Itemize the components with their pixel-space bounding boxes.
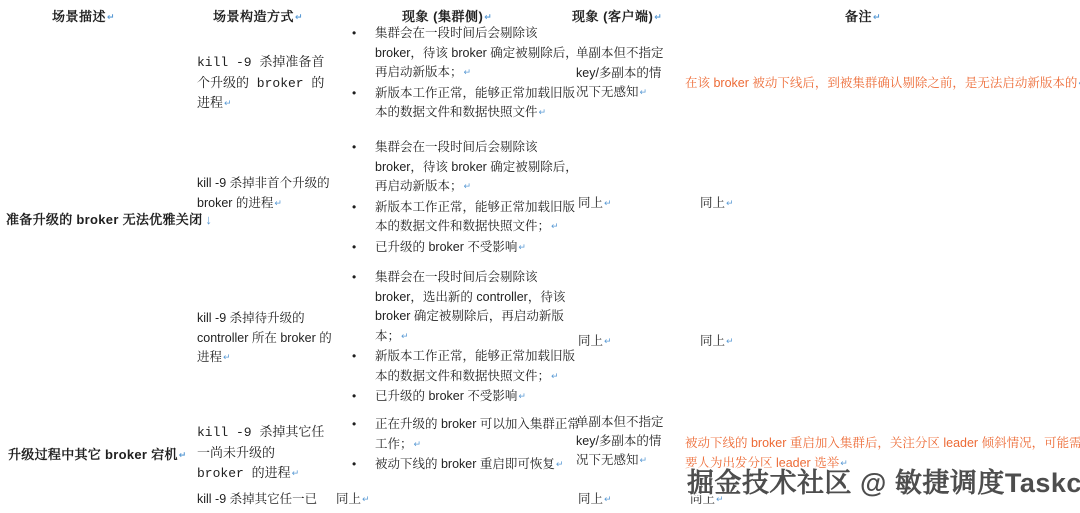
bullet-item: • 集群会在一段时间后会剔除该 broker，待该 broker 确定被剔除后，…: [345, 138, 580, 198]
cluster-phenomenon-cell: • 集群会在一段时间后会剔除该 broker，选出新的 controller，待…: [345, 268, 580, 408]
method-cell: kill -9 杀掉其它任一尚未升级的 broker 的进程↵: [197, 423, 327, 485]
bullet-dot-icon: •: [345, 415, 375, 435]
paragraph-mark-icon: ↵: [274, 199, 282, 209]
paragraph-mark-icon: ↵: [726, 199, 734, 209]
upgrade-scenario-table-document: 场景描述↵ 场景构造方式↵ 现象 (集群侧)↵ 现象 (客户端)↵ 备注↵ 准备…: [0, 0, 1080, 513]
bullet-dot-icon: •: [345, 347, 375, 367]
cluster-phenomenon-cell: • 集群会在一段时间后会剔除该 broker，待该 broker 确定被剔除后，…: [345, 24, 580, 124]
bullet-item: • 已升级的 broker 不受影响↵: [345, 238, 580, 259]
bullet-item: • 新版本工作正常，能够正常加载旧版本的数据文件和数据快照文件↵: [345, 84, 580, 124]
bullet-dot-icon: •: [345, 238, 375, 258]
paragraph-mark-icon: ↵: [464, 182, 472, 192]
scenario-group-label-graceful-shutdown: 准备升级的 broker 无法优雅关闭↓: [6, 209, 212, 228]
method-cell: kill -9 杀掉准备首个升级的 broker 的进程↵: [197, 53, 325, 115]
client-phenomenon-cell: 单副本但不指定 key/多副本的情况下无感知↵: [576, 413, 666, 471]
remark-cell-same-as-above: 同上↵: [700, 331, 734, 349]
col-header-construction: 场景构造方式↵: [213, 6, 303, 25]
remark-cell-same-as-above: 同上↵: [700, 193, 734, 211]
paragraph-mark-icon: ↵: [362, 495, 370, 505]
bullet-dot-icon: •: [345, 84, 375, 104]
paragraph-mark-icon: ↵: [873, 13, 881, 23]
paragraph-mark-icon: ↵: [640, 88, 648, 98]
paragraph-mark-icon: ↵: [556, 460, 564, 470]
paragraph-mark-icon: ↵: [551, 222, 559, 232]
client-phenomenon-cell-same-as-above: 同上↵: [578, 331, 612, 349]
paragraph-mark-icon: ↵: [414, 440, 422, 450]
paragraph-mark-icon: ↵: [518, 243, 526, 253]
bullet-dot-icon: •: [345, 198, 375, 218]
bullet-item: • 新版本工作正常，能够正常加载旧版本的数据文件和数据快照文件；↵: [345, 347, 580, 387]
paragraph-mark-icon: ↵: [224, 99, 232, 109]
bullet-item: • 新版本工作正常，能够正常加载旧版本的数据文件和数据快照文件；↵: [345, 198, 580, 238]
col-header-cluster-phenomenon: 现象 (集群侧)↵: [402, 6, 492, 25]
col-header-client-phenomenon: 现象 (客户端)↵: [572, 6, 662, 25]
paragraph-mark-icon: ↵: [179, 451, 187, 461]
bullet-item: • 被动下线的 broker 重启即可恢复↵: [345, 455, 580, 476]
bullet-dot-icon: •: [345, 455, 375, 475]
cluster-phenomenon-cell: • 正在升级的 broker 可以加入集群正常工作；↵ • 被动下线的 brok…: [345, 415, 580, 476]
paragraph-mark-icon: ↵: [107, 13, 115, 23]
paragraph-mark-icon: ↵: [604, 199, 612, 209]
bullet-item: • 正在升级的 broker 可以加入集群正常工作；↵: [345, 415, 580, 455]
bullet-dot-icon: •: [345, 24, 375, 44]
bullet-dot-icon: •: [345, 138, 375, 158]
paragraph-mark-icon: ↵: [640, 456, 648, 466]
method-cell: kill -9 杀掉非首个升级的 broker 的进程↵: [197, 174, 342, 214]
paragraph-mark-icon: ↵: [604, 337, 612, 347]
down-arrow-icon: ↓: [205, 212, 212, 227]
bullet-item: • 集群会在一段时间后会剔除该 broker，待该 broker 确定被剔除后，…: [345, 24, 580, 84]
cluster-phenomenon-cell-same-as-above: 同上↵: [336, 489, 370, 507]
paragraph-mark-icon: ↵: [223, 353, 231, 363]
paragraph-mark-icon: ↵: [726, 337, 734, 347]
paragraph-mark-icon: ↵: [295, 13, 303, 23]
remark-cell: 在该 broker 被动下线后，到被集群确认剔除之前，是无法启动新版本的↵: [685, 74, 1080, 95]
paragraph-mark-icon: ↵: [604, 495, 612, 505]
method-cell: kill -9 杀掉其它任一已: [197, 489, 317, 507]
bullet-dot-icon: •: [345, 268, 375, 288]
paragraph-mark-icon: ↵: [292, 469, 300, 479]
client-phenomenon-cell-same-as-above: 同上↵: [578, 489, 612, 507]
paragraph-mark-icon: ↵: [518, 392, 526, 402]
method-cell: kill -9 杀掉待升级的 controller 所在 broker 的进程↵: [197, 309, 339, 369]
cluster-phenomenon-cell: • 集群会在一段时间后会剔除该 broker，待该 broker 确定被剔除后，…: [345, 138, 580, 258]
paragraph-mark-icon: ↵: [464, 68, 472, 78]
paragraph-mark-icon: ↵: [401, 332, 409, 342]
client-phenomenon-cell: 单副本但不指定 key/多副本的情况下无感知↵: [576, 44, 666, 104]
paragraph-mark-icon: ↵: [654, 13, 662, 23]
watermark: 掘金技术社区 @ 敏捷调度Taskctl: [687, 461, 1080, 500]
paragraph-mark-icon: ↵: [484, 13, 492, 23]
bullet-dot-icon: •: [345, 387, 375, 407]
paragraph-mark-icon: ↵: [551, 372, 559, 382]
bullet-item: • 集群会在一段时间后会剔除该 broker，选出新的 controller，待…: [345, 268, 580, 347]
paragraph-mark-icon: ↵: [539, 108, 547, 118]
col-header-scenario-desc: 场景描述↵: [52, 6, 115, 25]
col-header-remark: 备注↵: [845, 6, 881, 25]
bullet-item: • 已升级的 broker 不受影响↵: [345, 387, 580, 408]
scenario-group-label-other-broker-crash: 升级过程中其它 broker 宕机↵: [8, 444, 187, 463]
client-phenomenon-cell-same-as-above: 同上↵: [578, 193, 612, 211]
